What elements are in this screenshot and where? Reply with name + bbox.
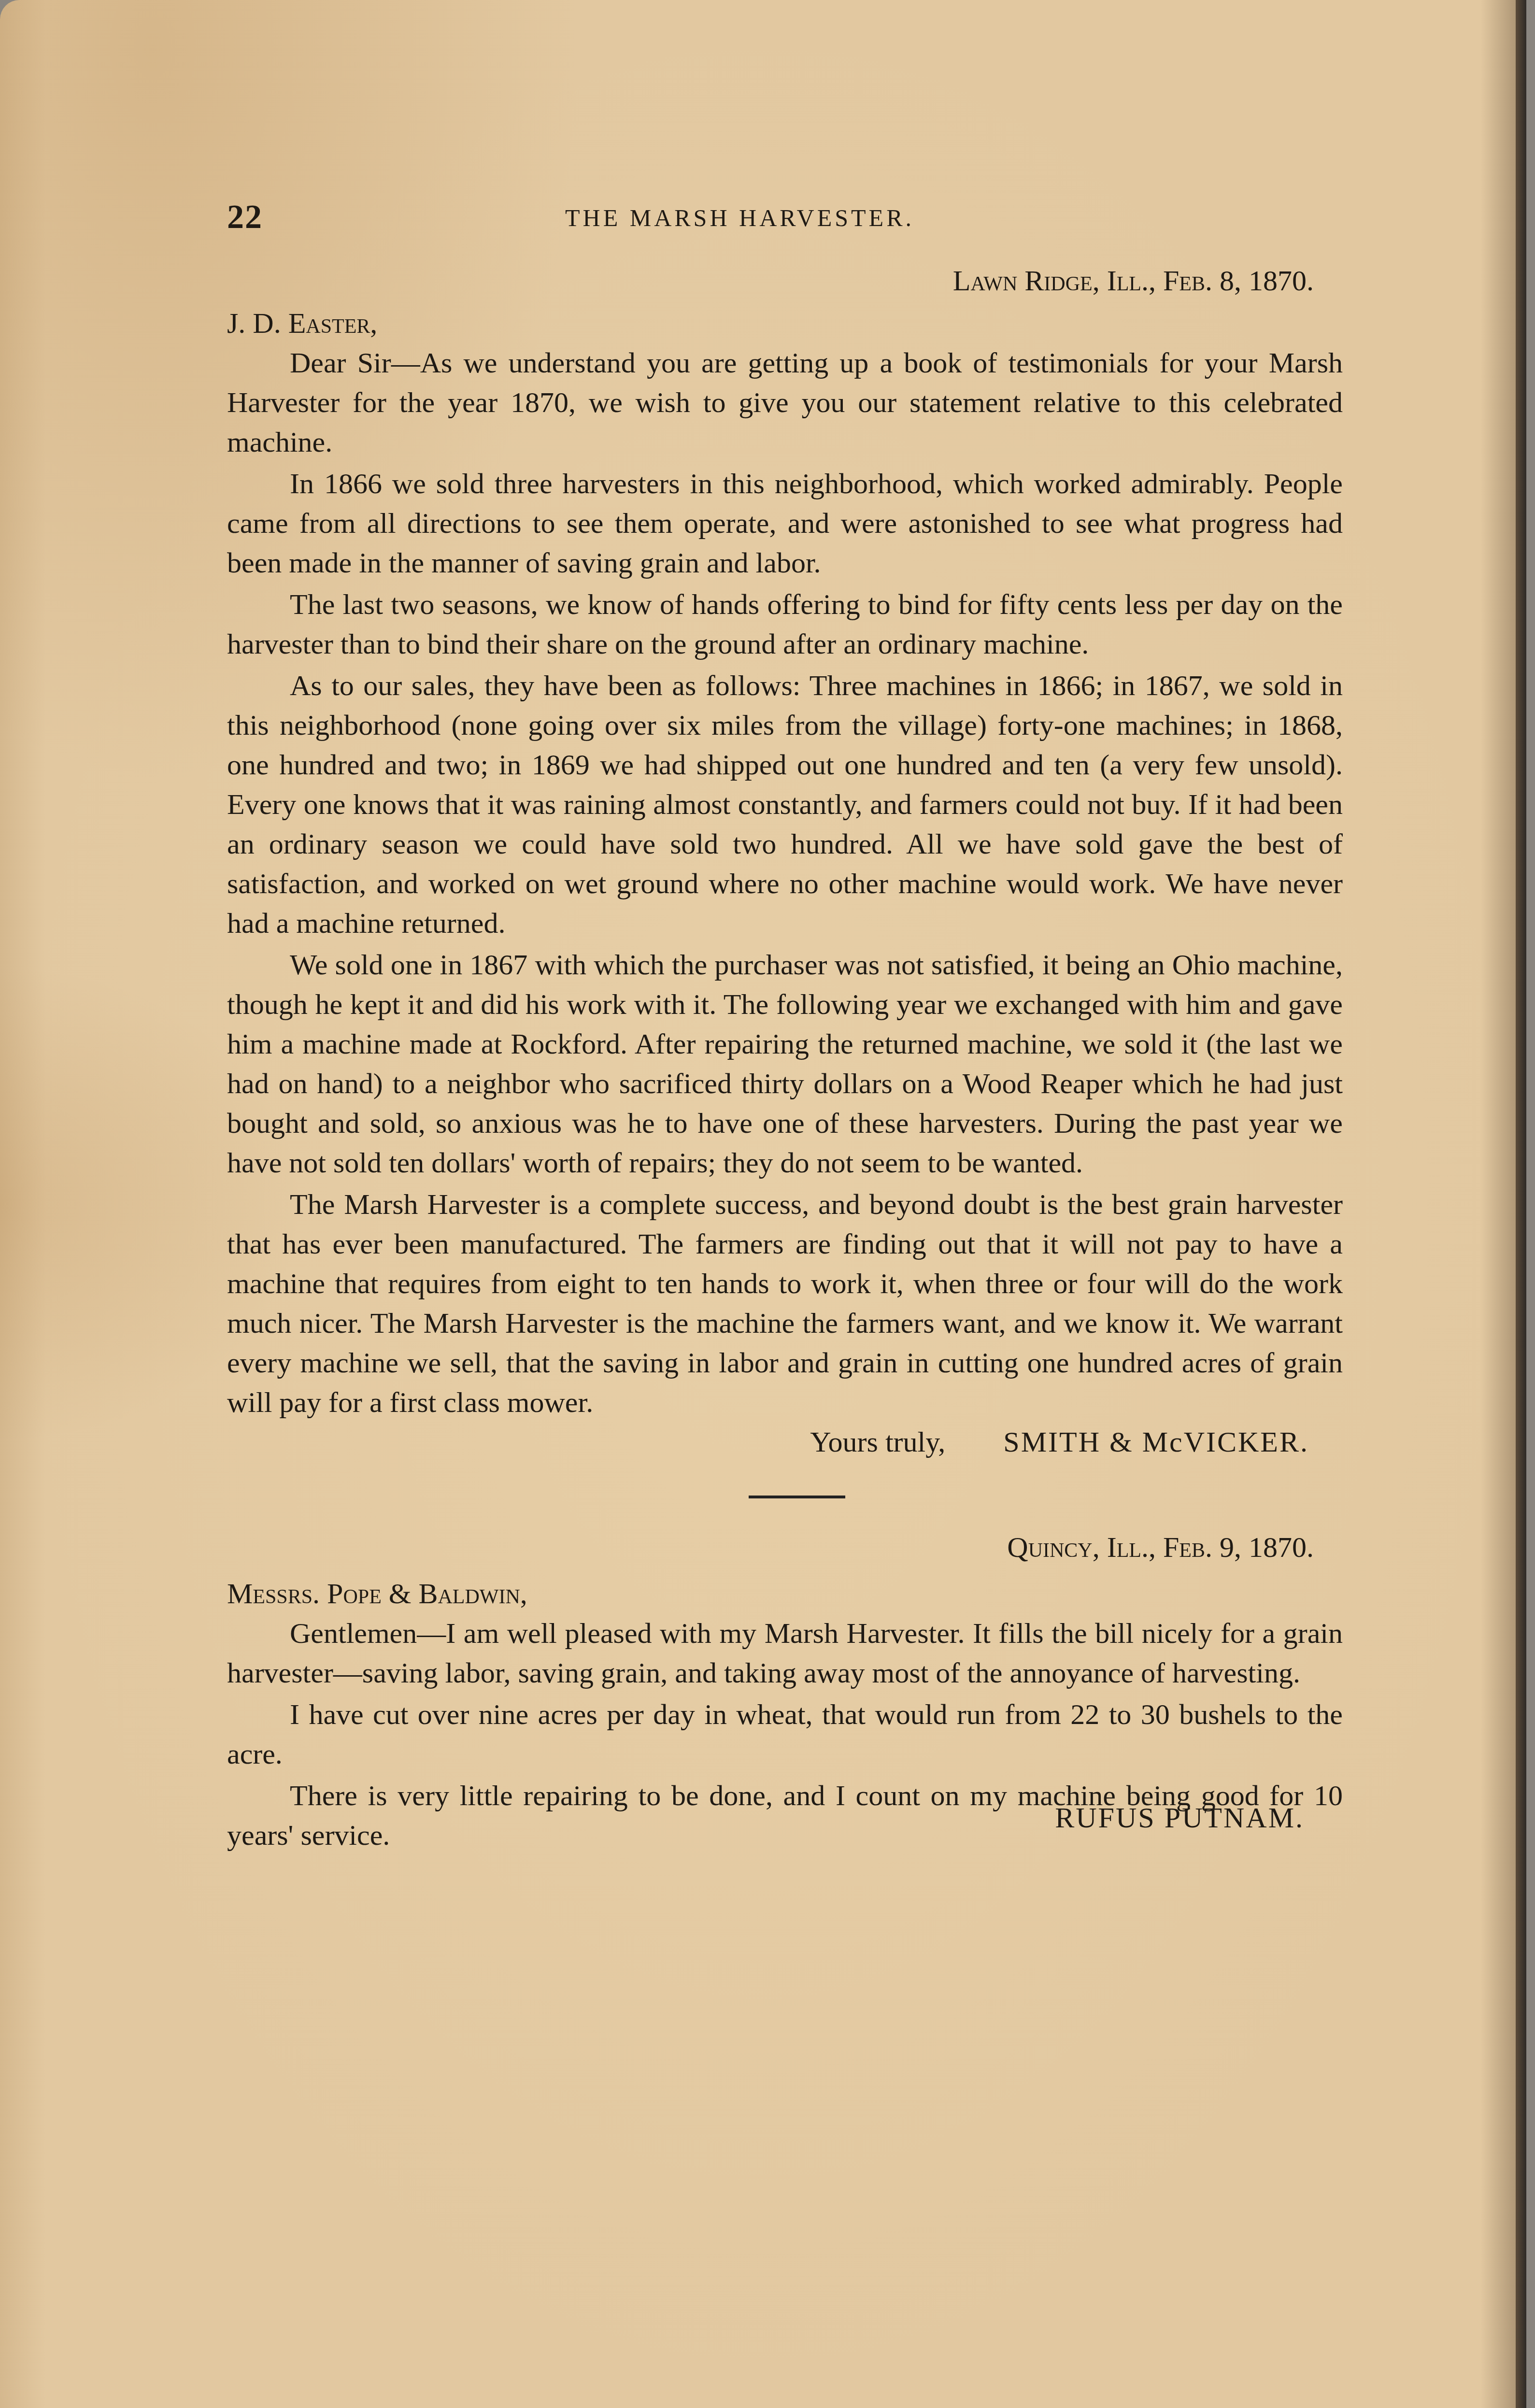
letter2-signature: RUFUS PUTNAM. bbox=[1055, 1798, 1304, 1838]
running-head: 22 THE MARSH HARVESTER. bbox=[227, 198, 1343, 237]
book-page: 22 THE MARSH HARVESTER. Lawn Ridge, Ill.… bbox=[0, 0, 1526, 2408]
page-number: 22 bbox=[227, 198, 263, 237]
letter1-paragraph-3: The last two seasons, we know of hands o… bbox=[227, 584, 1343, 664]
letter1-paragraph-6: The Marsh Harvester is a complete succes… bbox=[227, 1184, 1343, 1422]
letter1-addressee: J. D. Easter, bbox=[227, 303, 1343, 343]
section-divider-rule bbox=[749, 1496, 845, 1498]
letter2-addressee: Messrs. Pope & Baldwin, bbox=[227, 1574, 1343, 1613]
letter1-paragraph-1: Dear Sir—As we understand you are gettin… bbox=[227, 343, 1343, 462]
letter1-paragraph-5: We sold one in 1867 with which the purch… bbox=[227, 945, 1343, 1183]
letter1-closing: Yours truly, bbox=[810, 1422, 945, 1462]
letter1-signature-line: Yours truly, SMITH & McVICKER. bbox=[227, 1422, 1343, 1462]
letter2-final-row: There is very little repairing to be don… bbox=[227, 1776, 1343, 1855]
letter1-signature: SMITH & McVICKER. bbox=[1003, 1422, 1309, 1462]
letter1-paragraph-4: As to our sales, they have been as follo… bbox=[227, 666, 1343, 943]
letter2-paragraph-2: I have cut over nine acres per day in wh… bbox=[227, 1695, 1343, 1774]
letter1-paragraph-2: In 1866 we sold three harvesters in this… bbox=[227, 464, 1343, 583]
letter-smith-mcvicker: Lawn Ridge, Ill., Feb. 8, 1870. J. D. Ea… bbox=[227, 261, 1343, 1855]
letter2-paragraph-1: Gentlemen—I am well pleased with my Mars… bbox=[227, 1613, 1343, 1693]
page-edge-shadow bbox=[1516, 0, 1526, 2408]
running-title: THE MARSH HARVESTER. bbox=[565, 204, 914, 232]
letter2-dateline: Quincy, Ill., Feb. 9, 1870. bbox=[227, 1527, 1343, 1567]
letter1-dateline: Lawn Ridge, Ill., Feb. 8, 1870. bbox=[227, 261, 1343, 300]
